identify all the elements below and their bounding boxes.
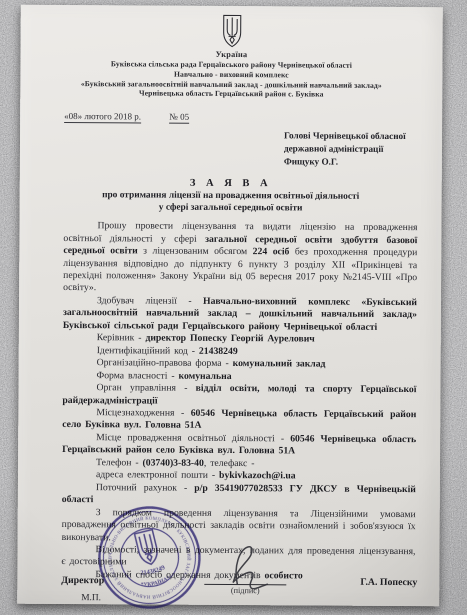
text-run: Здобувач ліцензії - [97, 295, 203, 307]
stamp-country: *УКРАЇНА* [139, 575, 172, 591]
addressee-line: державної адміністрації [284, 143, 420, 157]
body-paragraph: Орган управління - відділ освіти, молоді… [62, 382, 416, 409]
body-paragraph: Місце провадження освітньої діяльності -… [62, 432, 416, 459]
body-paragraph: Здобувач ліцензії - Навчально-виховний к… [63, 295, 417, 335]
text-run: адреса електронної пошти - [96, 469, 219, 481]
text-run: директор Попеску Георгій Аурелович [145, 333, 314, 345]
text-run: Ідентифікаційний код - [97, 345, 199, 357]
stamp-code: 21438249 [139, 564, 166, 578]
header-line: Чернівецька область Герцаївський район с… [20, 88, 442, 100]
text-run: Організаційно-правова форма - [97, 357, 233, 369]
text-run: Форма власності - [97, 370, 179, 382]
text-run: (03740)3-83-40 [142, 457, 203, 468]
title-subtitle-2: у сфері загальної середньої освіти [20, 201, 442, 216]
body-paragraph: Прошу провести ліцензування та видати лі… [63, 220, 417, 297]
text-run: комунальна [178, 370, 231, 381]
text-run: , телефакс - [204, 458, 255, 469]
text-run: 224 осіб [253, 246, 290, 257]
text-run: Керівник - [97, 332, 146, 343]
text-run: Місце провадження освітньої діяльності - [96, 432, 290, 444]
addressee-line: Голові Чернівецької обласної [284, 130, 420, 144]
addressee-block: Голові Чернівецької обласноїдержавної ад… [284, 130, 420, 170]
number-field: № 05 [169, 112, 189, 124]
text-run: 21438249 [199, 346, 238, 357]
text-run: Поточний рахунок - [96, 482, 194, 494]
date-field: «08» лютого 2018 р. [64, 111, 141, 123]
date-number-row: «08» лютого 2018 р. № 05 [64, 111, 442, 123]
text-run: Орган управління - [96, 382, 195, 394]
signatory-name: Г.А. Попеску [360, 577, 417, 588]
text-run: bykivkazoch@i.ua [219, 470, 296, 481]
text-run: Місцезнаходження - [96, 407, 190, 419]
stamp-trident-icon [135, 530, 161, 567]
text-run: Телефон - [96, 457, 143, 468]
header-lines: Буківська сільська рада Герцаївського ра… [20, 59, 442, 101]
addressee-line: Фищуку О.Г. [284, 156, 420, 170]
document-paper: Україна Буківська сільська рада Герцаївс… [17, 5, 443, 607]
body-paragraph: Поточний рахунок - р/р 35419077028533 ГУ… [62, 482, 416, 509]
text-run: комунальний заклад [233, 358, 326, 370]
text-run: з ліцензованим обсягом [138, 246, 253, 258]
tryzub-emblem-icon [220, 14, 243, 48]
title-block: З А Я В А про отримання ліцензії на пров… [20, 176, 442, 216]
body-paragraph: Місцезнаходження - 60546 Чернівецька обл… [62, 407, 416, 434]
seal-note: М.П. [81, 593, 101, 603]
photo-background: Україна Буківська сільська рада Герцаївс… [0, 0, 467, 615]
